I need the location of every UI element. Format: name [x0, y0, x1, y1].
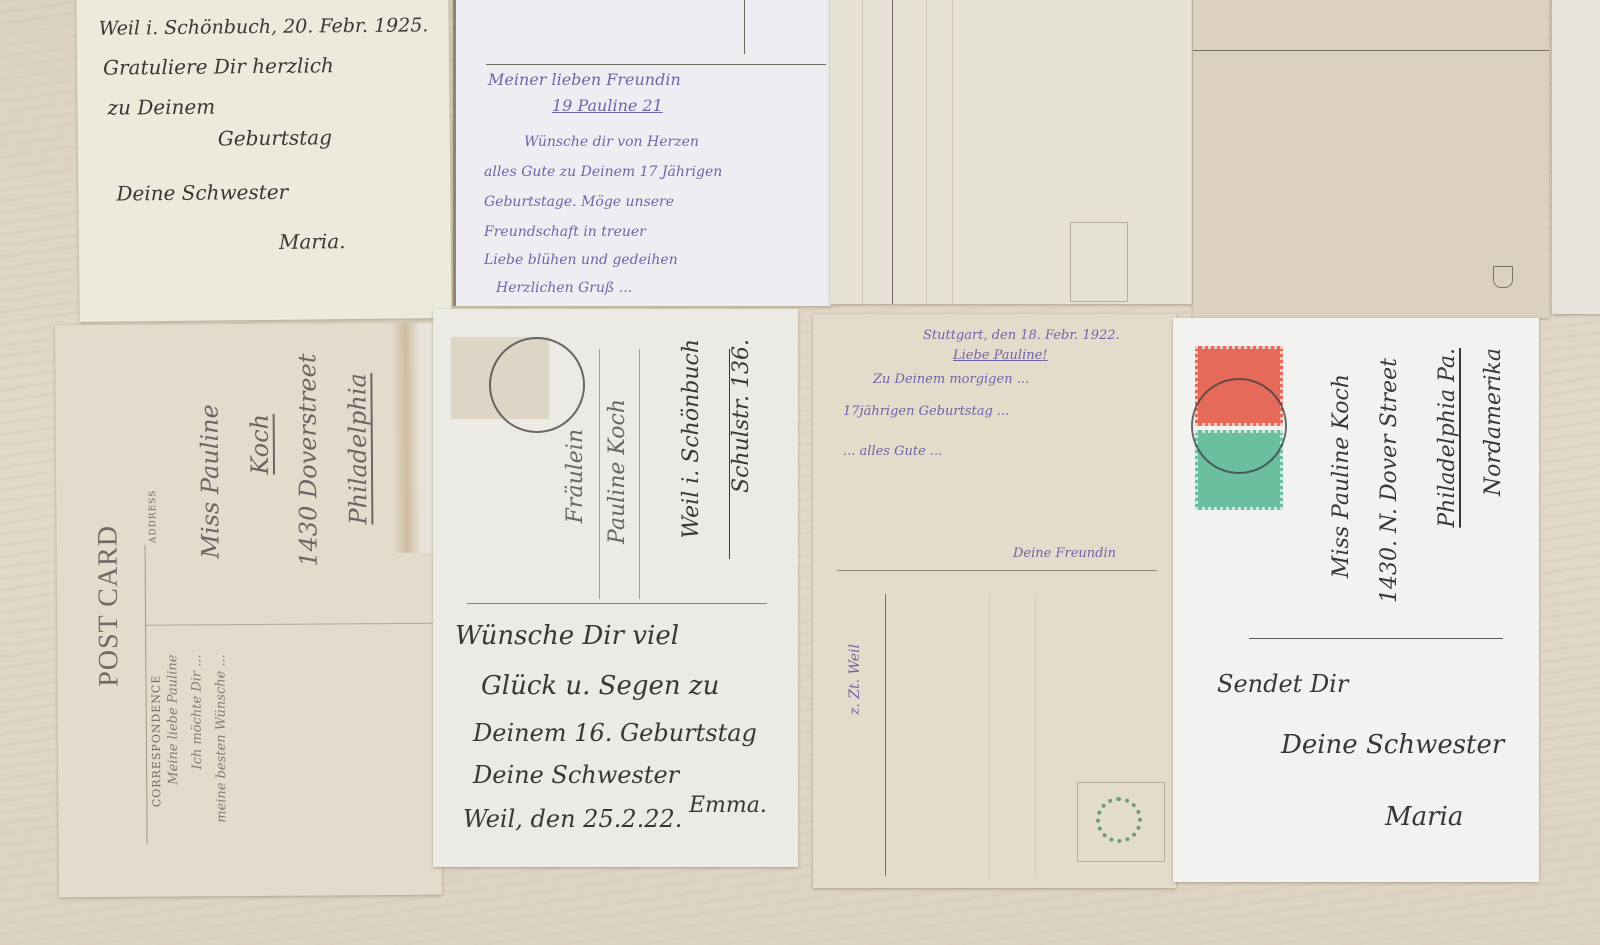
address-line: Philadelphia [343, 373, 372, 525]
handwritten-line: 19 Pauline 21 [552, 96, 663, 115]
handwritten-line: Deine Schwester [116, 180, 288, 206]
message-line: meine besten Wünsche ... [213, 654, 229, 823]
postcard-printed-title: POST CARD [92, 525, 125, 687]
divider [486, 64, 826, 65]
handwritten-line: Freundschaft in treuer [484, 224, 646, 240]
address-line: Pauline Koch [605, 399, 630, 544]
divider [1193, 50, 1549, 51]
address-line: Fräulein [563, 429, 588, 523]
message-line: Deine Schwester [1281, 730, 1504, 760]
publisher-logo-icon [1493, 266, 1513, 288]
postcard-top-5 [1552, 0, 1600, 314]
handwritten-line: Herzlichen Gruß ... [496, 280, 632, 296]
divider [467, 603, 767, 604]
postcard-bottom-1: POST CARD ADDRESS CORRESPONDENCE Miss Pa… [55, 323, 442, 898]
message-line: Stuttgart, den 18. Febr. 1922. [923, 328, 1120, 343]
handwritten-line: zu Deinem [107, 95, 215, 120]
divider [1249, 638, 1503, 639]
handwritten-line: Maria. [279, 229, 346, 254]
divider [892, 0, 893, 304]
message-line: Emma. [689, 793, 767, 818]
postcard-top-4 [1193, 0, 1549, 318]
divider [145, 623, 435, 626]
message-line: Deine Schwester [473, 761, 679, 789]
message-line: Maria [1385, 802, 1463, 832]
postcard-bottom-3: Stuttgart, den 18. Febr. 1922. Liebe Pau… [813, 314, 1176, 888]
message-line: Wünsche Dir viel [455, 621, 679, 651]
address-line: 1430. N. Dover Street [1377, 358, 1402, 603]
message-line: Liebe Pauline! [953, 348, 1048, 363]
address-line: Miss Pauline [196, 404, 225, 559]
address-line: Weil i. Schönbuch [679, 339, 704, 539]
handwritten-line: Weil i. Schönbuch, 20. Febr. 1925. [99, 14, 429, 39]
message-line: Ich möchte Dir ... [189, 654, 205, 769]
publisher-emblem-icon [1096, 797, 1142, 843]
message-line: Sendet Dir [1217, 670, 1348, 698]
address-line: Miss Pauline Koch [1329, 374, 1354, 578]
address-line: Koch [246, 414, 274, 475]
message-line: Glück u. Segen zu [481, 671, 719, 701]
divider [1035, 594, 1036, 876]
divider [862, 0, 863, 304]
address-line: Nordamerika [1481, 348, 1506, 496]
postcard-top-2: Meiner lieben Freundin 19 Pauline 21 Wün… [453, 0, 831, 306]
divider [744, 0, 745, 54]
message-line: Deinem 16. Geburtstag [473, 719, 757, 747]
divider [639, 349, 640, 599]
handwritten-line: Meiner lieben Freundin [488, 70, 681, 89]
postcard-top-3 [830, 0, 1192, 304]
handwritten-line: Wünsche dir von Herzen [524, 134, 699, 150]
handwritten-line: Geburtstage. Möge unsere [484, 194, 674, 210]
message-line: 17jährigen Geburtstag ... [843, 404, 1009, 419]
divider [989, 594, 990, 876]
postmark [1191, 378, 1287, 474]
postcard-bottom-2: Fräulein Pauline Koch Weil i. Schönbuch … [433, 309, 798, 867]
divider [952, 0, 953, 304]
postcard-top-1: Weil i. Schönbuch, 20. Febr. 1925. Gratu… [76, 0, 451, 322]
postcard-bottom-4: Miss Pauline Koch 1430. N. Dover Street … [1173, 318, 1539, 882]
address-line: 1430 Doverstreet [293, 353, 322, 566]
address-label: ADDRESS [148, 490, 158, 544]
address-line: z. Zt. Weil [847, 644, 863, 715]
divider [885, 594, 886, 876]
postmark [489, 337, 585, 433]
divider [926, 0, 927, 304]
message-line: ... alles Gute ... [843, 444, 942, 459]
handwritten-line: Liebe blühen und gedeihen [484, 252, 678, 268]
divider [837, 570, 1157, 571]
handwritten-line: alles Gute zu Deinem 17 Jährigen [484, 164, 722, 180]
message-line: Deine Freundin [1013, 546, 1116, 561]
correspondence-label: CORRESPONDENCE [149, 675, 163, 808]
stamp-box [1077, 782, 1165, 862]
message-line: Weil, den 25.2.22. [463, 805, 682, 833]
message-line: Meine liebe Pauline [165, 654, 181, 784]
divider [145, 545, 148, 845]
address-line: Schulstr. 136. [729, 339, 754, 493]
address-line: Philadelphia Pa. [1435, 348, 1460, 528]
handwritten-line: Gratuliere Dir herzlich [103, 53, 334, 79]
message-line: Zu Deinem morgigen ... [873, 372, 1029, 387]
handwritten-line: Geburtstag [218, 125, 332, 150]
stamp-box [1070, 222, 1128, 302]
divider [599, 349, 600, 599]
